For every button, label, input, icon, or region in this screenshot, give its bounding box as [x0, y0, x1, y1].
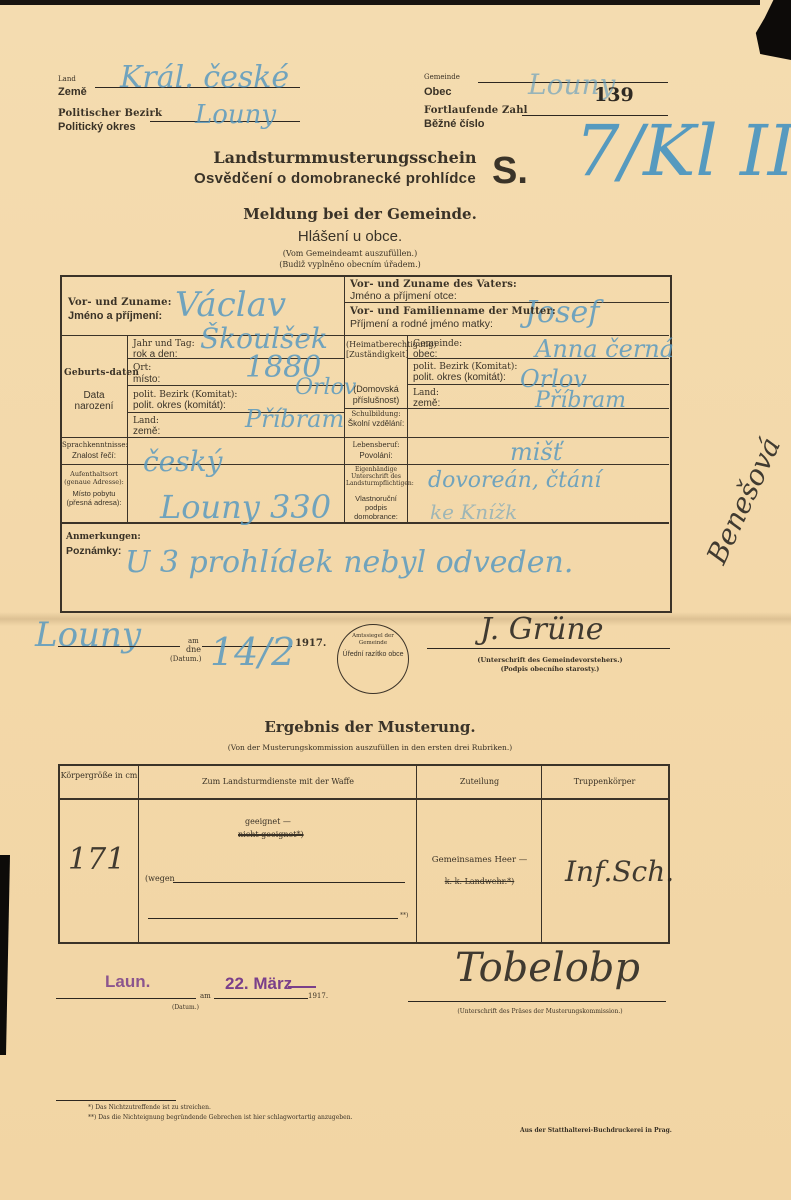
language-value: český [143, 445, 222, 478]
mayor-signature-label-de: (Unterschrift des Gemeindevorstehers.) [440, 656, 660, 664]
col-assignment-header: Zuteilung [418, 777, 541, 786]
number-label-de: Fortlaufende Zahl [424, 105, 528, 116]
birth-land-label-cz: země: [133, 426, 160, 437]
bezirk-label-cz: Politický okres [58, 121, 136, 133]
name-label-de: Vor- und Zuname: [68, 297, 172, 308]
mother-label-de: Vor- und Familienname der Mutter: [350, 306, 556, 317]
results-note: (Von der Musterungskommission auszufülle… [150, 743, 590, 752]
domicile-district-label-cz: polit. okres (komitát): [413, 372, 506, 383]
printer-imprint: Aus der Statthalterei-Buchdruckerei in P… [520, 1127, 672, 1134]
commission-am-label: am [200, 992, 211, 1000]
residence-value: Louny 330 [160, 488, 331, 526]
municipal-year: 1917. [295, 638, 326, 649]
birth-district-value: Příbram [245, 405, 344, 433]
domicile-group-cz: (Domovská příslušnost) [346, 384, 406, 406]
birth-place-label-cz: místo: [133, 374, 160, 385]
footnote-ref: **) [400, 912, 408, 919]
results-title: Ergebnis der Musterung. [180, 718, 560, 736]
note-de: (Vom Gemeindeamt auszufüllen.) [220, 249, 480, 258]
gemeinde-label-de: Gemeinde [424, 73, 460, 81]
col-service-header: Zum Landsturmdienste mit der Waffe [140, 777, 416, 786]
remarks-label-cz: Poznámky: [66, 545, 121, 557]
birth-year-label-de: Jahr und Tag: [133, 339, 195, 349]
datum-label: (Datum.) [170, 655, 201, 663]
land-label-cz: Země [58, 86, 87, 98]
domicile-land-label-cz: země: [413, 398, 440, 409]
birth-year-label-cz: rok a den: [133, 349, 177, 360]
occupation-value: mišť [510, 438, 562, 466]
name-label-cz: Jméno a příjmení: [68, 310, 162, 322]
domicile-obec-label-cz: obec: [413, 349, 437, 360]
col-unit-header: Truppenkörper [543, 777, 666, 786]
occupation-label-cz: Povolání: [346, 451, 406, 460]
residence-label-cz: Místo pobytu (přesná adresa): [62, 489, 126, 507]
stamp-label-de: Amtssiegel der Gemeinde [339, 633, 407, 647]
bezirk-value: Louny [195, 100, 276, 130]
birth-group-cz: Data narození [64, 390, 124, 412]
commission-date-stamp: 22. März [225, 974, 292, 994]
commission-signature-label: (Unterschrift des Präses der Musterungsk… [420, 1008, 660, 1015]
signature-value-line2: ke Knížk [430, 500, 517, 524]
dne-label: dne [186, 645, 201, 654]
title-main-de: Landsturmmusterungsschein [180, 148, 510, 167]
scan-edge-top [0, 0, 760, 5]
blue-annotation: 7/Kl II [575, 110, 791, 192]
assignment-struck: k. k. Landwehr.*) [418, 877, 541, 886]
birth-district-label-de: polit. Bezirk (Komitat): [133, 390, 237, 400]
height-value: 171 [68, 842, 125, 877]
series-letter: S. [492, 150, 528, 193]
birth-district-label-cz: polit. okres (komitát): [133, 400, 226, 411]
municipal-place-value: Louny [35, 615, 141, 655]
domicile-district-label-de: polit. Bezirk (Komitat): [413, 362, 517, 372]
domicile-land-value: Příbram [535, 388, 626, 413]
remarks-value: U 3 prohlídek nebyl odveden. [125, 545, 573, 580]
commission-place-stamp: Laun. [105, 972, 150, 992]
mayor-signature: J. Grüne [480, 612, 603, 647]
birth-place-label-de: Ort: [133, 363, 151, 373]
language-label-cz: Znalost řečí: [62, 451, 126, 460]
birth-land-label-de: Land: [133, 416, 159, 426]
occupation-label-de: Lebensberuf: [346, 441, 406, 449]
name-first-value: Václav [175, 285, 286, 325]
bezirk-label-de: Politischer Bezirk [58, 108, 162, 119]
title-main-cz: Osvědčení o domobranecké prohlídce [180, 170, 490, 187]
school-label-de: Schulbildung: [346, 410, 406, 418]
results-table [58, 764, 670, 944]
domicile-land-label-de: Land: [413, 388, 439, 398]
school-label-cz: Školní vzdělání: [346, 419, 406, 428]
signature-label-cz: Vlastnoruční podpis domobrance: [346, 494, 406, 521]
mother-label-cz: Příjmení a rodné jméno matky: [350, 318, 493, 330]
mother-value: Anna černá [535, 335, 674, 363]
father-label-de: Vor- und Zuname des Vaters: [350, 279, 517, 290]
remarks-label-de: Anmerkungen: [66, 532, 141, 542]
language-label-de: Sprachkenntnisse: [62, 441, 126, 449]
land-label-de: Land [58, 75, 76, 83]
assignment-label: Gemeinsames Heer — [418, 855, 541, 865]
serial-number: 139 [594, 84, 634, 106]
mayor-signature-label-cz: (Podpis obecního starosty.) [440, 665, 660, 673]
gemeinde-label-cz: Obec [424, 86, 452, 98]
number-label-cz: Běžné číslo [424, 118, 485, 130]
father-label-cz: Jméno a příjmení otce: [350, 290, 457, 302]
footnote-2: **) Das die Nichteignung begründende Geb… [88, 1114, 352, 1121]
residence-label-de: Aufenthaltsort (genaue Adresse): [62, 470, 126, 486]
unit-value: Inf.Sch. [565, 855, 674, 888]
commission-year: 1917. [308, 992, 328, 1000]
unfit-label-struck: nicht geeignet*) [238, 830, 304, 839]
commission-datum-label: (Datum.) [172, 1004, 199, 1011]
birth-group-de: Geburts-daten [64, 368, 124, 378]
am-label: am [188, 637, 199, 645]
subtitle-cz: Hlášení u obce. [220, 228, 480, 245]
stamp-label-cz: Úřední razítko obce [339, 650, 407, 659]
land-value: Král. české [120, 60, 289, 95]
footnote-1: *) Das Nichtzutreffende ist zu streichen… [88, 1104, 211, 1111]
signature-label-de: Eigenhändige Unterschrift des Landsturmp… [346, 466, 406, 487]
domicile-obec-label-de: Gemeinde: [413, 339, 462, 349]
wegen-label: (wegen [145, 874, 175, 883]
signature-value-line1: dovoreán, čtání [428, 468, 601, 493]
subtitle-de: Meldung bei der Gemeinde. [220, 205, 500, 223]
fit-label: geeignet — [245, 817, 291, 826]
note-cz: (Budiž vyplněno obecním úřadem.) [220, 260, 480, 269]
col-height-header: Körpergröße in cm [60, 770, 138, 781]
domicile-group-de: (Heimatberechtigung) [Zuständigkeit] [346, 340, 406, 360]
municipal-date-value: 14/2 [210, 630, 295, 674]
commission-signature: Tobelobp [455, 945, 640, 991]
